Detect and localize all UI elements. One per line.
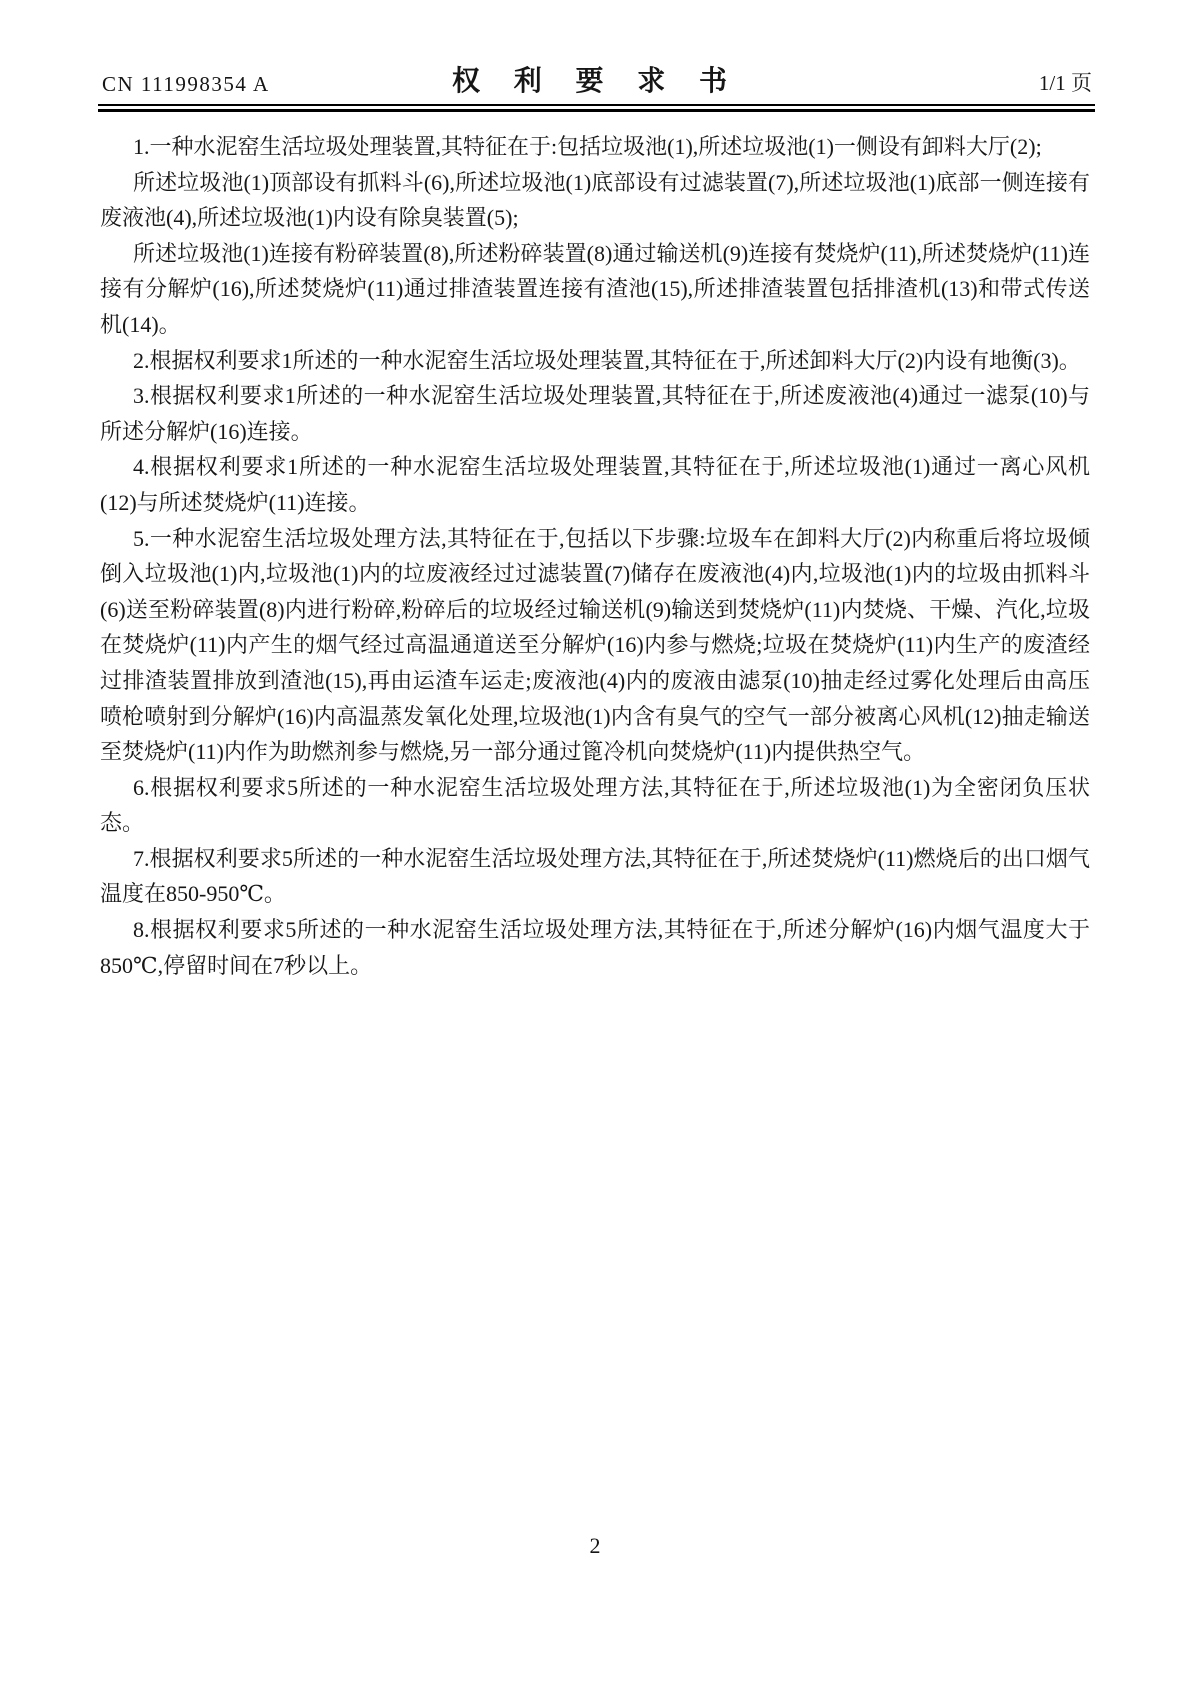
claim-7-paragraph: 7.根据权利要求5所述的一种水泥窑生活垃圾处理方法,其特征在于,所述焚烧炉(11… [100, 841, 1090, 912]
publication-number: CN 111998354 A [102, 72, 270, 97]
claim-6-paragraph: 6.根据权利要求5所述的一种水泥窑生活垃圾处理方法,其特征在于,所述垃圾池(1)… [100, 770, 1090, 841]
page-number: 2 [590, 1533, 601, 1558]
page-header: CN 111998354 A 权 利 要 求 书 1/1 页 [100, 62, 1092, 98]
claim-1-paragraph-3: 所述垃圾池(1)连接有粉碎装置(8),所述粉碎装置(8)通过输送机(9)连接有焚… [100, 236, 1090, 343]
patent-claims-page: CN 111998354 A 权 利 要 求 书 1/1 页 1.一种水泥窑生活… [0, 0, 1190, 1684]
document-title: 权 利 要 求 书 [452, 59, 740, 99]
claim-8-paragraph: 8.根据权利要求5所述的一种水泥窑生活垃圾处理方法,其特征在于,所述分解炉(16… [100, 912, 1090, 983]
claim-1-paragraph-1: 1.一种水泥窑生活垃圾处理装置,其特征在于:包括垃圾池(1),所述垃圾池(1)一… [100, 129, 1090, 165]
claim-2-paragraph: 2.根据权利要求1所述的一种水泥窑生活垃圾处理装置,其特征在于,所述卸料大厅(2… [100, 343, 1090, 379]
page-indicator: 1/1 页 [1039, 67, 1092, 97]
claim-5-paragraph: 5.一种水泥窑生活垃圾处理方法,其特征在于,包括以下步骤:垃圾车在卸料大厅(2)… [100, 521, 1090, 770]
claims-content: 1.一种水泥窑生活垃圾处理装置,其特征在于:包括垃圾池(1),所述垃圾池(1)一… [100, 129, 1090, 983]
page-footer: 2 [0, 1533, 1190, 1559]
claim-1-paragraph-2: 所述垃圾池(1)顶部设有抓料斗(6),所述垃圾池(1)底部设有过滤装置(7),所… [100, 165, 1090, 236]
header-rule [98, 104, 1095, 112]
claim-4-paragraph: 4.根据权利要求1所述的一种水泥窑生活垃圾处理装置,其特征在于,所述垃圾池(1)… [100, 449, 1090, 520]
claim-3-paragraph: 3.根据权利要求1所述的一种水泥窑生活垃圾处理装置,其特征在于,所述废液池(4)… [100, 378, 1090, 449]
